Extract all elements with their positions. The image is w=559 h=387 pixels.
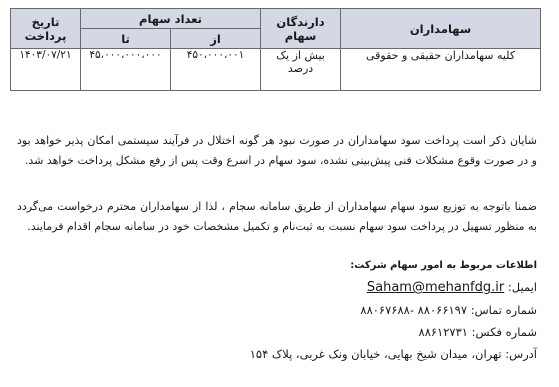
fax-label: شماره فکس: <box>472 325 537 339</box>
address-line: آدرس: تهران، میدان شیخ بهایی، خیابان ونک… <box>207 343 537 365</box>
phone-label: شماره تماس: <box>471 303 537 317</box>
header-to: تا <box>81 29 171 49</box>
paragraph-sejam-note: ضمنا باتوجه به توزیع سود سهام سهامداران … <box>17 197 537 237</box>
address-value: تهران، میدان شیخ بهایی، خیابان ونک غربی،… <box>250 347 502 361</box>
cell-from: ۴۵۰،۰۰۰،۰۰۱ <box>171 49 261 91</box>
fax-value: ۸۸۶۱۲۷۳۱ <box>419 325 468 339</box>
fax-line: شماره فکس: ۸۸۶۱۲۷۳۱ <box>207 321 537 343</box>
phone-line: شماره تماس: ۸۸۰۶۶۱۹۷ -۸۸۰۶۷۶۸۸ <box>207 299 537 321</box>
header-from: از <box>171 29 261 49</box>
contact-title: اطلاعات مربوط به امور سهام شرکت: <box>207 258 537 274</box>
contact-info: اطلاعات مربوط به امور سهام شرکت: ایمیل: … <box>207 258 537 365</box>
email-label: ایمیل: <box>508 280 537 294</box>
email-link[interactable]: Saham@mehanfdg.ir <box>367 280 504 295</box>
email-line: ایمیل: Saham@mehanfdg.ir <box>207 276 537 299</box>
header-holders: دارندگان سهام <box>261 9 341 49</box>
cell-shareholders: کلیه سهامداران حقیقی و حقوقی <box>341 49 541 91</box>
header-share-count: تعداد سهام <box>81 9 261 29</box>
dividend-table: سهامداران دارندگان سهام تعداد سهام تاریخ… <box>10 8 541 91</box>
cell-holders: بیش از یک درصد <box>261 49 341 91</box>
header-shareholders: سهامداران <box>341 9 541 49</box>
header-payment-date: تاریخ پرداخت <box>11 9 81 49</box>
address-label: آدرس: <box>505 347 537 361</box>
cell-to: ۴۵،۰۰۰،۰۰۰،۰۰۰ <box>81 49 171 91</box>
phone-value: ۸۸۰۶۶۱۹۷ -۸۸۰۶۷۶۸۸ <box>360 303 467 317</box>
cell-payment-date: ۱۴۰۳/۰۷/۲۱ <box>11 49 81 91</box>
paragraph-payment-note: شایان ذکر است پرداخت سود سهامداران در صو… <box>17 131 537 171</box>
dividend-notice-page: سهامداران دارندگان سهام تعداد سهام تاریخ… <box>0 0 559 387</box>
table-row: کلیه سهامداران حقیقی و حقوقی بیش از یک د… <box>11 49 541 91</box>
